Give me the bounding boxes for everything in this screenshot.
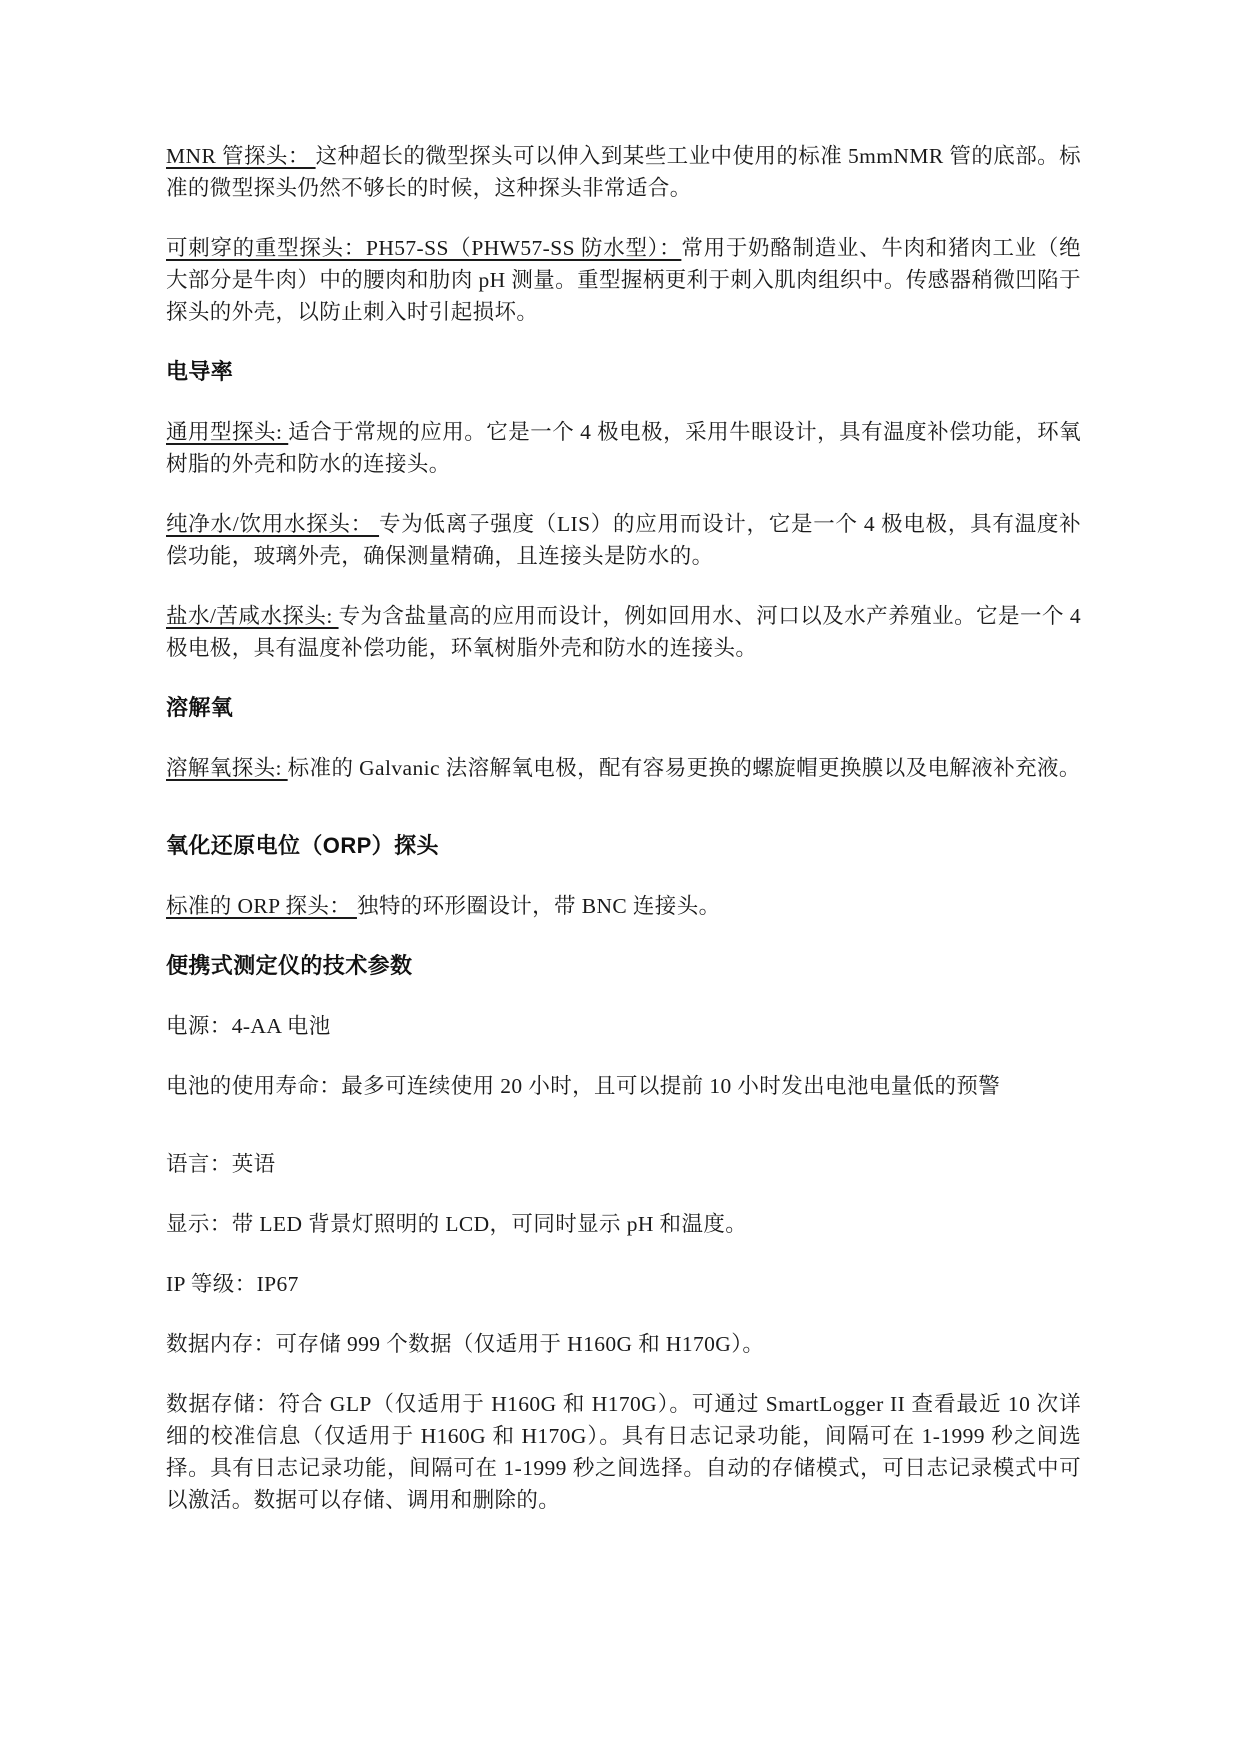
para-dissolved-oxygen-probe-lead: 溶解氧探头: <box>166 756 288 780</box>
heading-conductivity: 电导率 <box>166 356 1081 388</box>
para-piercing-heavy-probe: 可刺穿的重型探头：PH57-SS（PHW57-SS 防水型）：常用于奶酪制造业、… <box>166 232 1081 328</box>
spec-display: 显示：带 LED 背景灯照明的 LCD，可同时显示 pH 和温度。 <box>166 1208 1081 1240</box>
para-mnr-tube-probe: MNR 管探头： 这种超长的微型探头可以伸入到某些工业中使用的标准 5mmNMR… <box>166 140 1081 204</box>
spec-ip-rating: IP 等级：IP67 <box>166 1268 1081 1300</box>
para-salt-brackish-water-probe: 盐水/苦咸水探头: 专为含盐量高的应用而设计，例如回用水、河口以及水产养殖业。它… <box>166 600 1081 664</box>
heading-dissolved-oxygen: 溶解氧 <box>166 692 1081 724</box>
document-page: MNR 管探头： 这种超长的微型探头可以伸入到某些工业中使用的标准 5mmNMR… <box>0 0 1241 1754</box>
spec-data-memory: 数据内存：可存储 999 个数据（仅适用于 H160G 和 H170G）。 <box>166 1328 1081 1360</box>
spec-power: 电源：4-AA 电池 <box>166 1010 1081 1042</box>
para-salt-brackish-water-probe-lead: 盐水/苦咸水探头: <box>166 604 339 628</box>
spec-language: 语言：英语 <box>166 1148 1081 1180</box>
para-pure-drinking-water-probe-lead: 纯净水/饮用水探头： <box>166 512 379 536</box>
para-standard-orp-probe-lead: 标准的 ORP 探头： <box>166 894 357 918</box>
para-general-purpose-probe-lead: 通用型探头: <box>166 420 288 444</box>
para-mnr-tube-probe-lead: MNR 管探头： <box>166 144 316 168</box>
para-dissolved-oxygen-probe-text: 标准的 Galvanic 法溶解氧电极，配有容易更换的螺旋帽更换膜以及电解液补充… <box>288 756 1081 780</box>
heading-portable-meter-specs: 便携式测定仪的技术参数 <box>166 950 1081 982</box>
para-standard-orp-probe: 标准的 ORP 探头： 独特的环形圈设计，带 BNC 连接头。 <box>166 890 1081 922</box>
heading-orp-probe: 氧化还原电位（ORP）探头 <box>166 830 1081 862</box>
para-dissolved-oxygen-probe: 溶解氧探头: 标准的 Galvanic 法溶解氧电极，配有容易更换的螺旋帽更换膜… <box>166 752 1081 784</box>
para-pure-drinking-water-probe: 纯净水/饮用水探头： 专为低离子强度（LIS）的应用而设计，它是一个 4 极电极… <box>166 508 1081 572</box>
para-general-purpose-probe: 通用型探头: 适合于常规的应用。它是一个 4 极电极，采用牛眼设计，具有温度补偿… <box>166 416 1081 480</box>
spec-battery-life: 电池的使用寿命：最多可连续使用 20 小时，且可以提前 10 小时发出电池电量低… <box>166 1070 1081 1102</box>
spec-data-storage: 数据存储：符合 GLP（仅适用于 H160G 和 H170G）。可通过 Smar… <box>166 1388 1081 1516</box>
para-standard-orp-probe-text: 独特的环形圈设计，带 BNC 连接头。 <box>357 894 721 918</box>
para-general-purpose-probe-text: 适合于常规的应用。它是一个 4 极电极，采用牛眼设计，具有温度补偿功能，环氧树脂… <box>166 420 1081 476</box>
para-piercing-heavy-probe-lead: 可刺穿的重型探头：PH57-SS（PHW57-SS 防水型）： <box>166 236 681 260</box>
